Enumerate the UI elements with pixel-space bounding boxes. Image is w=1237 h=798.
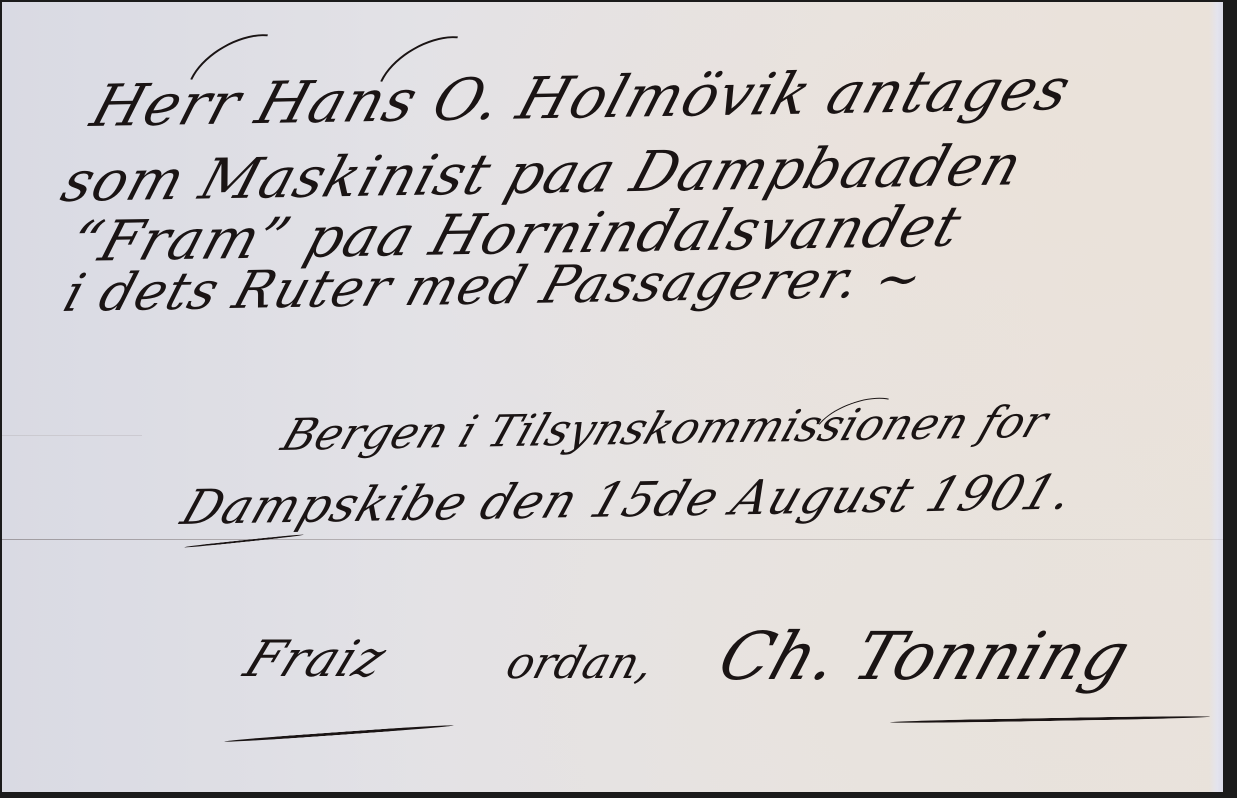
signature-right: Ch. Tonning: [709, 618, 1139, 695]
closing-line-1: Bergen i Tilsynskommissionen for: [275, 397, 1054, 461]
signature-underline: [224, 724, 454, 743]
letter-paper: Herr Hans O. Holmövik antages som Maskin…: [2, 2, 1223, 792]
paper-edge: [1209, 2, 1223, 792]
signature-left: Fraiz: [236, 630, 395, 688]
photo-frame: Herr Hans O. Holmövik antages som Maskin…: [0, 0, 1237, 798]
signature-underline: [890, 715, 1210, 724]
closing-line-2-date: Dampskibe den 15de August 1901.: [174, 465, 1081, 536]
fold-crease: [2, 435, 142, 436]
ink-underline: [184, 534, 304, 549]
signature-middle: ordan,: [501, 638, 660, 689]
fold-crease: [2, 539, 1223, 540]
